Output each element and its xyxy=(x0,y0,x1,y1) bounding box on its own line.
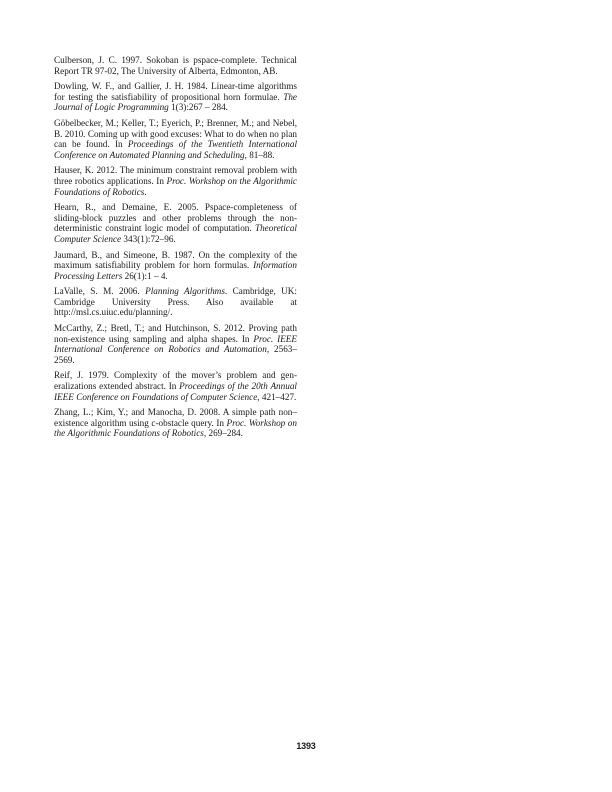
reference-item: Hearn, R., and Demaine, E. 2005. Pspace-… xyxy=(54,202,297,244)
reference-details: 1(3):267 – 284. xyxy=(169,102,228,112)
reference-details: 26(1):1 – 4. xyxy=(122,271,167,281)
reference-item: Göbelbecker, M.; Keller, T.; Eyerich, P.… xyxy=(54,118,297,160)
page-number: 1393 xyxy=(0,741,612,751)
reference-text: Dowling, W. F., and Gallier, J. H. 1984.… xyxy=(54,81,297,102)
reference-item: Zhang, L.; Kim, Y.; and Manocha, D. 2008… xyxy=(54,407,297,439)
reference-text: LaValle, S. M. 2006. xyxy=(54,286,145,296)
reference-details: , 81–88. xyxy=(245,150,275,160)
reference-item: McCarthy, Z.; Bretl, T.; and Hutchinson,… xyxy=(54,323,297,365)
reference-item: Culberson, J. C. 1997. Sokoban is pspace… xyxy=(54,55,297,76)
references-list: Culberson, J. C. 1997. Sokoban is pspace… xyxy=(54,55,297,444)
reference-details: , 421–427. xyxy=(257,392,296,402)
reference-item: Jaumard, B., and Simeone, B. 1987. On th… xyxy=(54,250,297,282)
reference-item: Hauser, K. 2012. The minimum constraint … xyxy=(54,165,297,197)
reference-item: Reif, J. 1979. Complexity of the mover’s… xyxy=(54,370,297,402)
reference-text: Culberson, J. C. 1997. Sokoban is pspace… xyxy=(54,55,297,76)
reference-details: 343(1):72–96. xyxy=(121,234,176,244)
reference-item: LaValle, S. M. 2006. Planning Algorithms… xyxy=(54,286,297,318)
reference-item: Dowling, W. F., and Gallier, J. H. 1984.… xyxy=(54,81,297,113)
reference-details: . xyxy=(144,187,146,197)
reference-venue: Planning Algorithms xyxy=(145,286,225,296)
reference-details: , 269–284. xyxy=(204,428,243,438)
